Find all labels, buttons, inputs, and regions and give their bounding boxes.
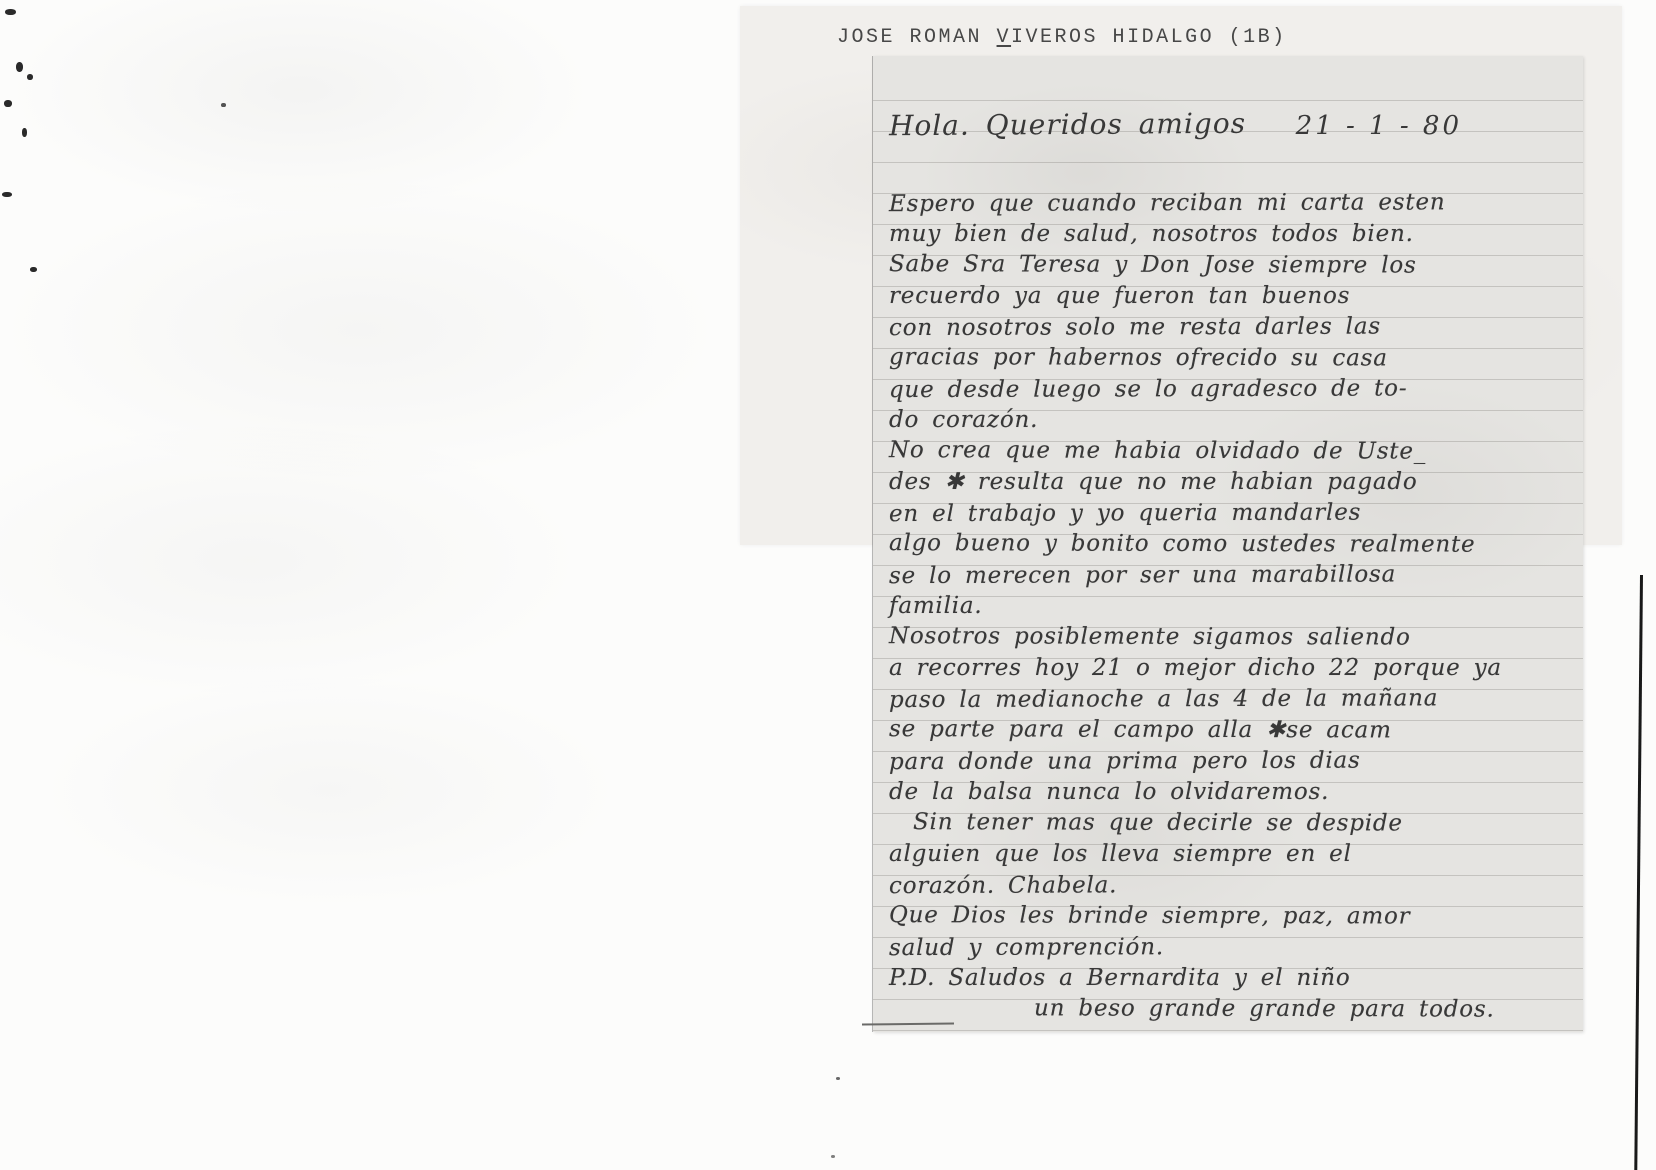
scan-speck [22,128,27,137]
letter-line: Espero que cuando reciban mi carta esten [889,187,1567,220]
typed-header: JOSE ROMAN VIVEROS HIDALGO (1B) [837,26,1287,49]
scan-speck [831,1155,835,1158]
letter-line: un beso grande grande para todos. [1034,993,1567,1025]
scan-speck [221,103,226,107]
letter-line: Sabe Sra Teresa y Don Jose siempre los [889,249,1567,282]
letter-line: se lo merecen por ser una marabillosa [889,559,1567,592]
letter-line: corazón. Chabela. [889,869,1567,902]
letter-line: No crea que me habia olvidado de Uste_ [889,435,1567,468]
typed-header-post: IVEROS HIDALGO (1B) [1011,26,1287,49]
scan-artifact-vertical-line [1634,575,1643,1170]
letter-line: familia. [889,591,1567,622]
letter-greeting: Hola. Queridos amigos [889,107,1246,142]
scan-speck [5,9,16,15]
letter-line: alguien que los lleva siempre en el [889,839,1567,870]
scan-speck [4,100,12,107]
letter-date: 21 - 1 - 80 [1296,111,1462,141]
letter-line: Nosotros posiblemente sigamos saliendo [889,621,1567,654]
greeting-row: Hola. Queridos amigos 21 - 1 - 80 [889,108,1567,148]
letter-line: que desde luego se lo agradesco de to- [889,373,1567,406]
letter-line: se parte para el campo alla ✱se acam [889,714,1567,747]
letter-line: con nosotros solo me resta darles las [889,311,1567,344]
scan-speck [2,192,12,197]
letter-line: algo bueno y bonito como ustedes realmen… [889,528,1567,561]
letter-line: Que Dios les brinde siempre, paz, amor [889,900,1567,933]
letter-paper: Hola. Queridos amigos 21 - 1 - 80 Espero… [873,56,1583,1032]
scan-speck [16,62,23,72]
letter-line: a recorres hoy 21 o mejor dicho 22 porqu… [889,653,1567,684]
scan-speck [836,1077,840,1080]
letter-line: salud y comprención. [889,931,1567,964]
letter-line: Sin tener mas que decirle se despide [913,807,1567,840]
scan-speck [27,74,33,80]
letter-line: gracias por habernos ofrecido su casa [889,342,1567,375]
typed-header-pre: JOSE ROMAN [837,26,997,49]
letter-line: para donde una prima pero los dias [889,745,1567,778]
scan-speck [30,267,37,272]
letter-line: recuerdo ya que fueron tan buenos [889,281,1567,312]
scanned-page: JOSE ROMAN VIVEROS HIDALGO (1B) Hola. Qu… [0,0,1656,1170]
letter-line: des ✱ resulta que no me habian pagado [889,467,1567,498]
letter-line: de la balsa nunca lo olvidaremos. [889,777,1567,808]
letter-body: Espero que cuando reciban mi carta esten… [889,188,1567,1025]
letter-line: muy bien de salud, nosotros todos bien. [889,219,1567,250]
letter-line: en el trabajo y yo queria mandarles [889,497,1567,530]
typed-header-underlined-letter: V [997,26,1012,49]
letter-line: paso la medianoche a las 4 de la mañana [889,683,1567,716]
letter-line: do corazón. [889,405,1567,436]
letter-line: P.D. Saludos a Bernardita y el niño [889,963,1567,994]
